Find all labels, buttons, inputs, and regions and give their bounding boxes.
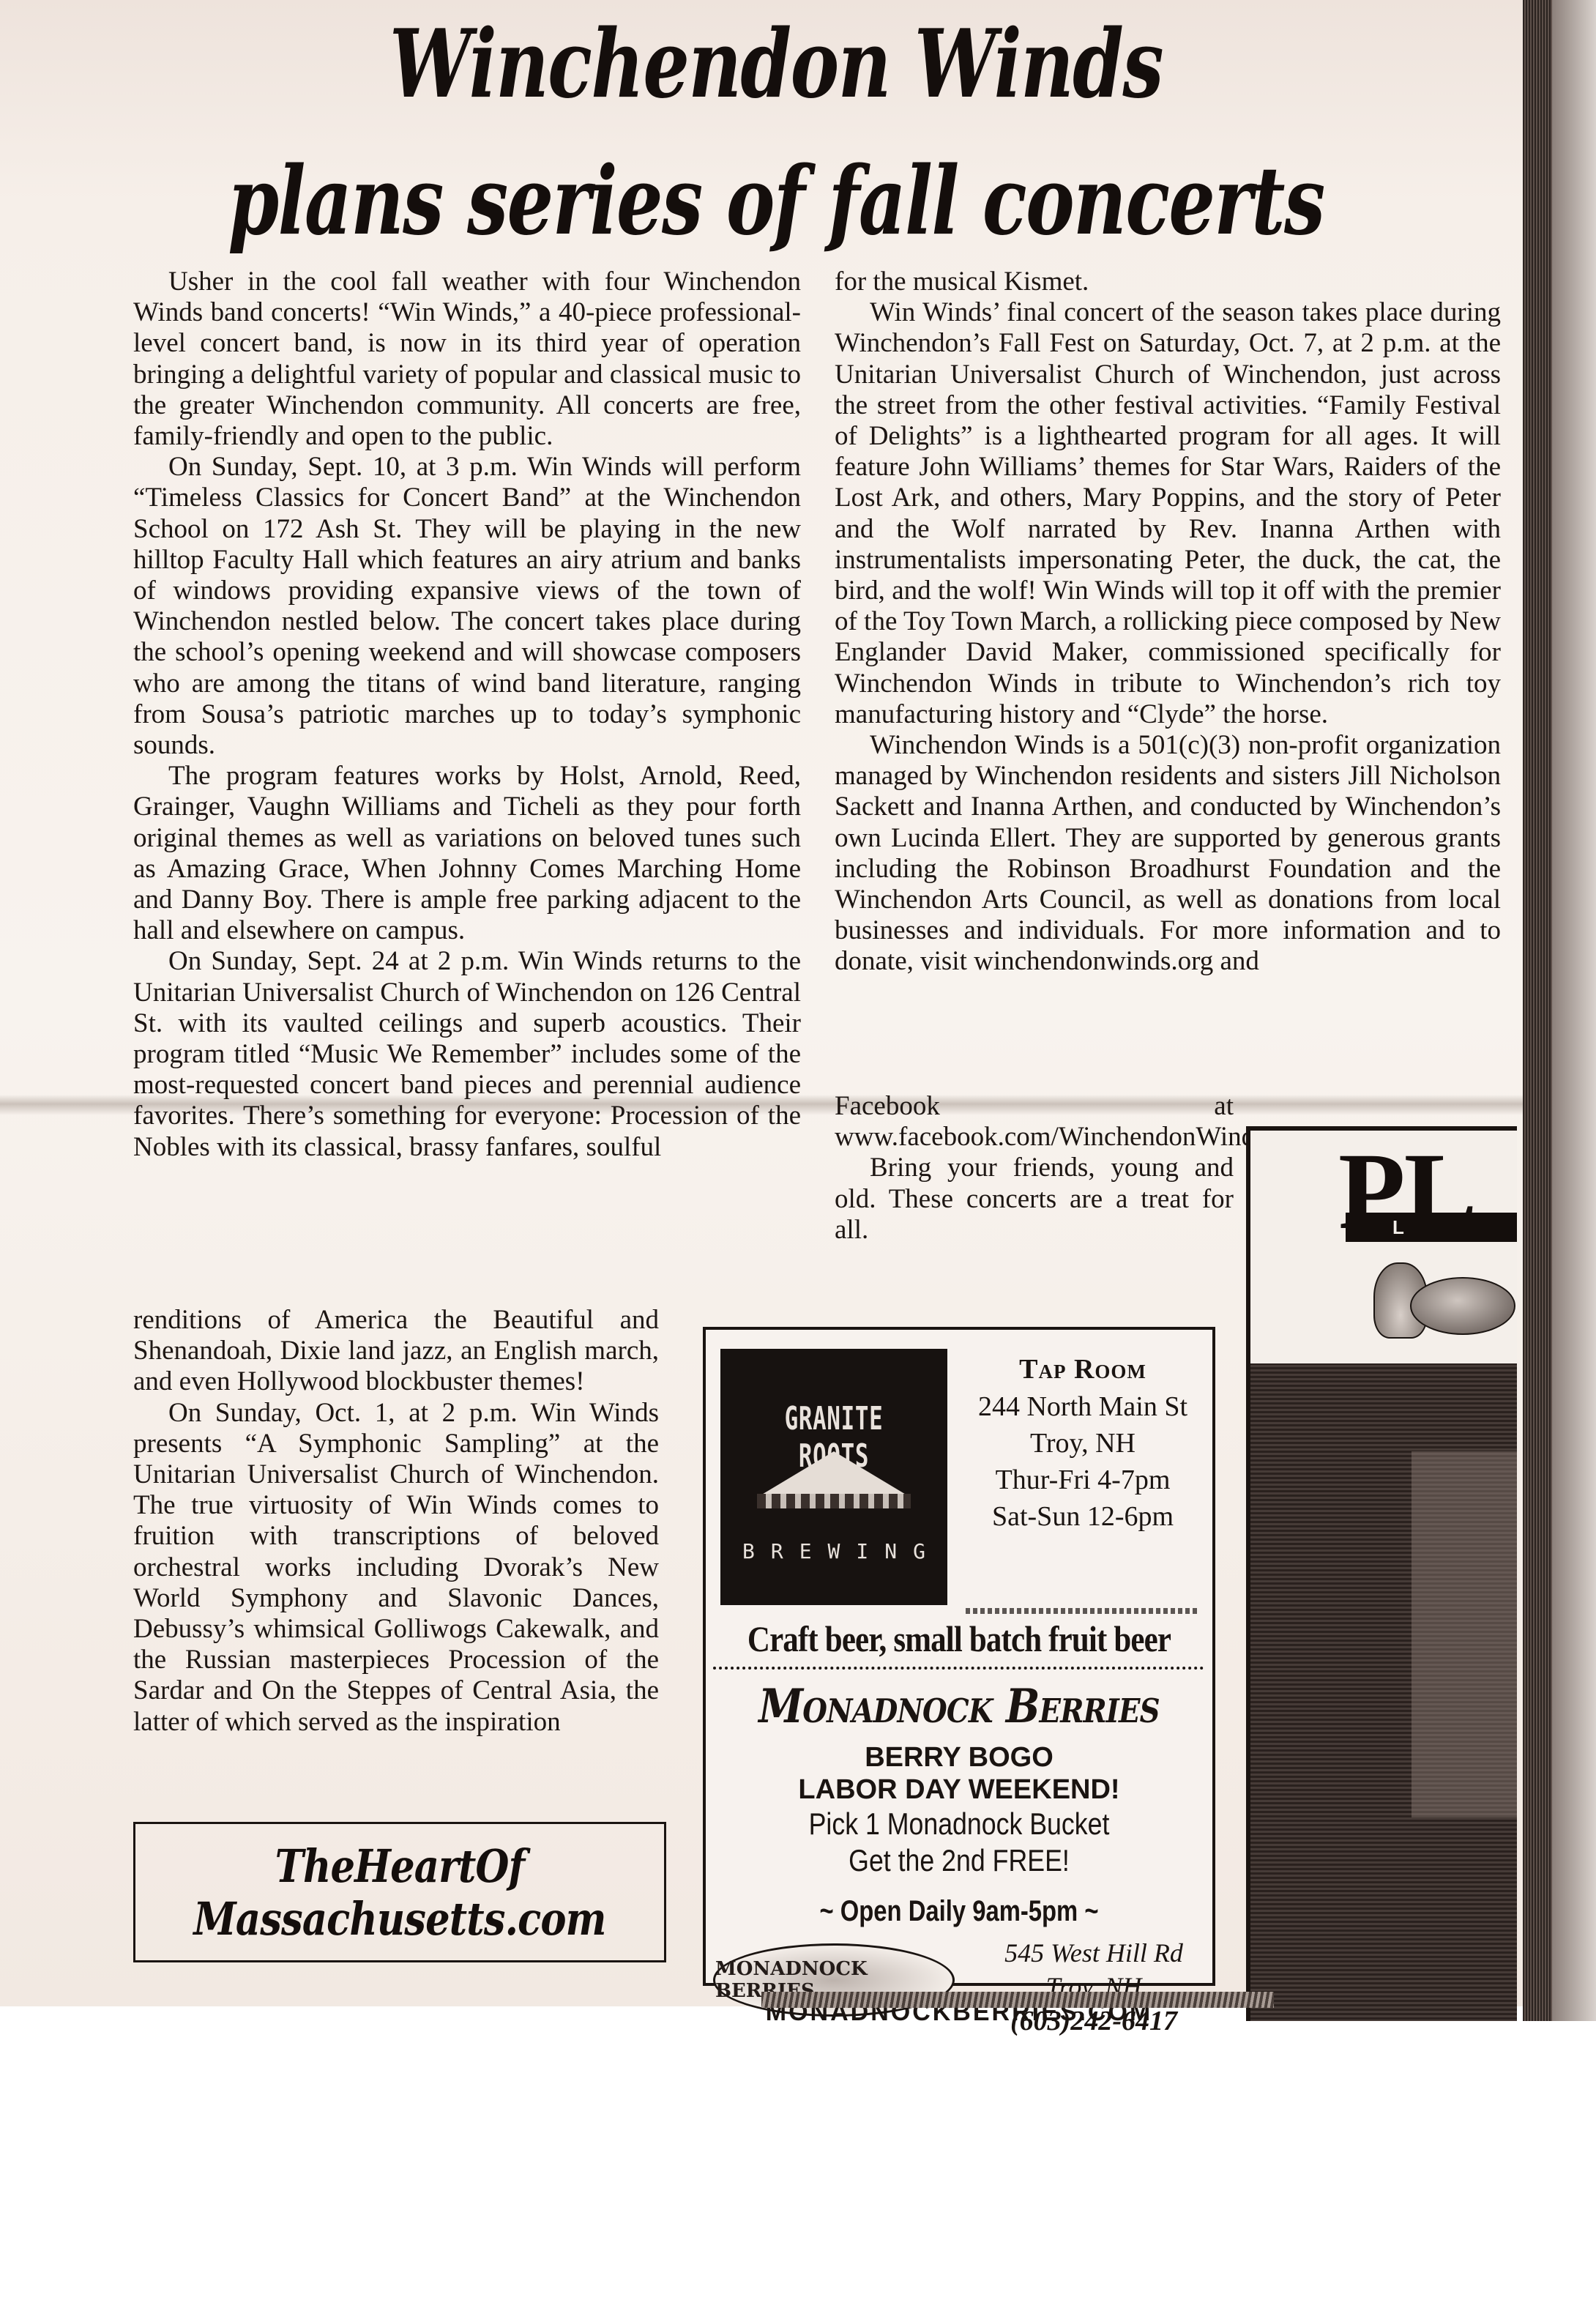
bowling-ball-icon bbox=[1410, 1277, 1515, 1335]
granite-roots-monadnock-ad: GRANITE ROOTS BREWING Tap Room 244 North… bbox=[703, 1327, 1215, 1986]
paragraph-oct-1-cont: for the musical Kismet. bbox=[835, 267, 1501, 297]
article-left-column: Usher in the cool fall weather with four… bbox=[133, 267, 801, 1163]
paragraph-intro: Usher in the cool fall weather with four… bbox=[133, 267, 801, 452]
monadnock-berries-promo: BERRY BOGO LABOR DAY WEEKEND! Pick 1 Mon… bbox=[706, 1741, 1212, 1879]
monadnock-berries-hours: ~ Open Daily 9am-5pm ~ bbox=[751, 1894, 1166, 1929]
monadnock-address: 545 West Hill Rd bbox=[980, 1936, 1207, 1970]
headline-line-2: plans series of fall concerts bbox=[171, 146, 1381, 256]
paragraph-facebook: Facebook at www.facebook.com/WinchendonW… bbox=[835, 1091, 1234, 1153]
tree-line-icon bbox=[757, 1494, 911, 1508]
granite-roots-tagline: Craft beer, small batch fruit beer bbox=[741, 1617, 1177, 1661]
heart-ad-line-1: TheHeartOf bbox=[175, 1840, 624, 1893]
mountain-icon bbox=[761, 1451, 907, 1495]
granite-roots-logo-sub: BREWING bbox=[720, 1539, 947, 1563]
partial-ad-photo bbox=[1250, 1363, 1517, 2021]
paragraph-oct-7: Win Winds’ final concert of the season t… bbox=[835, 297, 1501, 730]
wavy-divider bbox=[713, 1667, 1204, 1677]
torn-page-edge bbox=[761, 1992, 1274, 2008]
article-left-column-narrow: renditions of America the Beautiful and … bbox=[133, 1305, 659, 1738]
offer-line-1: Pick 1 Monadnock Bucket bbox=[744, 1806, 1174, 1842]
adjacent-page-edge bbox=[1523, 0, 1552, 2021]
paragraph-oct-1: On Sunday, Oct. 1, at 2 p.m. Win Winds p… bbox=[133, 1398, 659, 1738]
heart-of-massachusetts-ad: TheHeartOf Massachusetts.com bbox=[133, 1822, 666, 1962]
tap-room-info: Tap Room 244 North Main St Troy, NH Thur… bbox=[958, 1350, 1207, 1535]
paragraph-about: Winchendon Winds is a 501(c)(3) non-prof… bbox=[835, 730, 1501, 978]
heart-ad-line-2: Massachusetts.com bbox=[175, 1893, 624, 1946]
granite-roots-logo: GRANITE ROOTS BREWING bbox=[720, 1349, 947, 1605]
article-right-column: for the musical Kismet. Win Winds’ final… bbox=[835, 267, 1501, 978]
paragraph-program: The program features works by Holst, Arn… bbox=[133, 761, 801, 946]
tap-room-hours-weekend: Sat-Sun 12-6pm bbox=[958, 1498, 1207, 1535]
promo-line-2: LABOR DAY WEEKEND! bbox=[706, 1774, 1212, 1806]
page-edge-shadow bbox=[1552, 0, 1596, 2021]
wavy-divider bbox=[966, 1608, 1200, 1614]
headline-line-1: Winchendon Winds bbox=[171, 13, 1381, 116]
offer-line-2: Get the 2nd FREE! bbox=[744, 1842, 1174, 1879]
article-right-column-narrow: Facebook at www.facebook.com/WinchendonW… bbox=[835, 1091, 1234, 1246]
paragraph-sept-24: On Sunday, Sept. 24 at 2 p.m. Win Winds … bbox=[133, 946, 801, 1162]
partial-bowling-ad: PL L bbox=[1246, 1126, 1517, 2021]
tap-room-city: Troy, NH bbox=[958, 1425, 1207, 1462]
tap-room-hours-weekday: Thur-Fri 4-7pm bbox=[958, 1462, 1207, 1498]
paragraph-closing: Bring your friends, young and old. These… bbox=[835, 1153, 1234, 1246]
tap-room-title: Tap Room bbox=[958, 1350, 1207, 1388]
promo-line-1: BERRY BOGO bbox=[706, 1741, 1212, 1774]
partial-ad-bar: L bbox=[1346, 1213, 1517, 1242]
monadnock-berries-title: Monadnock Berries bbox=[741, 1678, 1177, 1736]
paragraph-sept-24-cont: renditions of America the Beautiful and … bbox=[133, 1305, 659, 1398]
tap-room-address: 244 North Main St bbox=[958, 1388, 1207, 1425]
paragraph-sept-10: On Sunday, Sept. 10, at 3 p.m. Win Winds… bbox=[133, 452, 801, 761]
